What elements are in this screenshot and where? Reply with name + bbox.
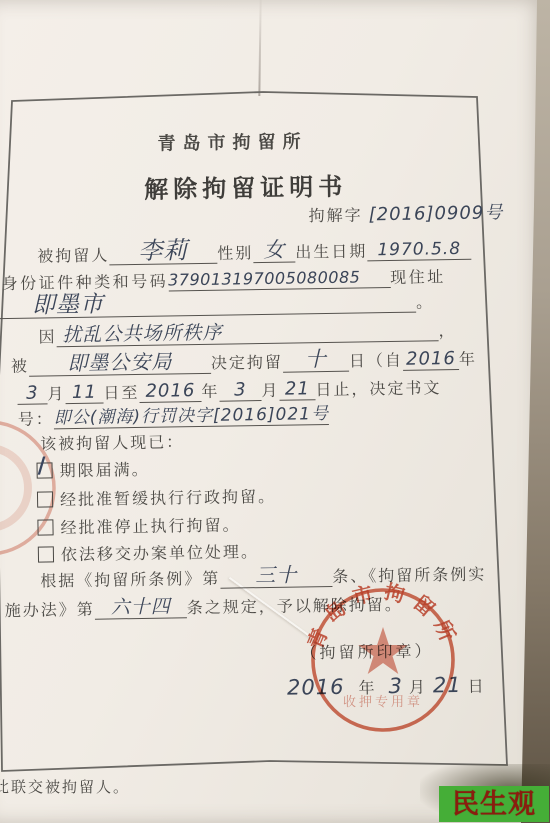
checkbox-icon: [37, 519, 53, 535]
photo-of-document: 青岛市拘留所 解除拘留证明书 拘解字 [2016]0909号 被拘留人李莉性别女…: [0, 0, 550, 823]
reason-label: 因: [38, 329, 56, 346]
from-month-label: 月: [47, 386, 65, 403]
checkbox-row-suspended: 经批准暂缓执行行政拘留。: [37, 484, 276, 511]
date-day-label: 日: [468, 679, 486, 696]
from-label: 日（自: [349, 353, 403, 371]
from-year: 2016: [406, 348, 456, 370]
checkbox-row-stopped: 经批准停止执行拘留。: [37, 512, 240, 538]
birth-label: 出生日期: [295, 244, 367, 262]
from-day: 11: [72, 382, 97, 403]
article2-value: 六十四: [111, 596, 171, 619]
docnum-value: 即公(潮海)行罚决字[2016]021号: [54, 404, 330, 428]
by-label: 被: [11, 358, 29, 375]
line-docnum: 号：即公(潮海)行罚决字[2016]021号: [18, 402, 330, 430]
legal-part3: 施办法》第: [5, 602, 95, 620]
line-status: 该被拘留人现已：: [40, 429, 184, 454]
gender-label: 性别: [217, 245, 253, 263]
to-day: 21: [285, 378, 310, 399]
checkbox-row-transferred: 依法移交办案单位处理。: [38, 539, 259, 565]
seal-bottom-text: 收押专用章: [343, 694, 423, 709]
checkbox-label: 依法移交办案单位处理。: [61, 544, 259, 564]
checkbox-label: 经批准暂缓执行行政拘留。: [60, 489, 276, 509]
to-year-label: 年: [201, 384, 219, 401]
id-label: 身份证件种类和号码: [2, 274, 169, 294]
checkbox-icon: [38, 546, 54, 562]
checkbox-icon: /: [36, 462, 52, 478]
line-address: 即墨市。: [0, 287, 434, 319]
document-number-line: 拘解字 [2016]0909号: [308, 198, 503, 227]
check-mark: /: [37, 453, 47, 478]
authority-value: 即墨公安局: [67, 349, 172, 375]
line-reason: 因扰乱公共场所秩序，: [38, 318, 456, 348]
article1-value: 三十: [255, 563, 297, 588]
legal-part1: 根据《拘留所条例》第: [40, 571, 220, 591]
to-label: 日至: [103, 385, 139, 403]
reason-value: 扰乱公共场所秩序: [62, 322, 222, 347]
checkbox-row-expired: /期限届满。: [36, 457, 149, 482]
to-month-label: 月: [261, 383, 279, 400]
from-year-label: 年: [459, 351, 477, 368]
detention-house-seal: 青岛市拘留所 收押专用章: [298, 575, 468, 745]
docnum-label: 号：: [18, 411, 54, 429]
doc-no-label: 拘解字: [309, 207, 363, 225]
line-decision: 被即墨公安局决定拘留十日（自2016年: [11, 346, 477, 377]
days-value: 十: [305, 347, 327, 371]
footer-note: 此联交被拘留人。: [0, 776, 130, 797]
watermark-badge: 民生观察: [439, 786, 549, 822]
detainee-label: 被拘留人: [37, 248, 109, 266]
address-label: 现住址: [390, 269, 446, 287]
line-date-range: 3月11日至2016年3月21日止，决定书文: [17, 375, 441, 405]
line-detainee: 被拘留人李莉性别女出生日期1970.5.8: [37, 234, 471, 267]
from-month: 3: [26, 383, 39, 404]
checkbox-label: 经批准停止执行拘留。: [60, 517, 240, 537]
address-period: 。: [416, 294, 434, 311]
gender-value: 女: [263, 238, 285, 262]
to-year: 2016: [145, 380, 195, 402]
checkbox-icon: [37, 491, 53, 507]
detainee-value: 李莉: [138, 236, 188, 265]
address-value: 即墨市: [32, 292, 104, 319]
decide-label: 决定拘留: [211, 355, 283, 373]
birth-value: 1970.5.8: [377, 239, 461, 260]
checkbox-label: 期限届满。: [59, 462, 149, 480]
end-label: 日止，决定书文: [315, 380, 441, 399]
doc-no-value: [2016]0909号: [368, 202, 503, 225]
reason-comma: ，: [438, 323, 456, 340]
to-month: 3: [234, 379, 247, 400]
document-title: 解除拘留证明书: [144, 167, 348, 205]
seal-star-icon: [358, 627, 407, 674]
id-value: 379013197005080085: [168, 268, 361, 290]
org-name: 青岛市拘留所: [157, 127, 307, 155]
